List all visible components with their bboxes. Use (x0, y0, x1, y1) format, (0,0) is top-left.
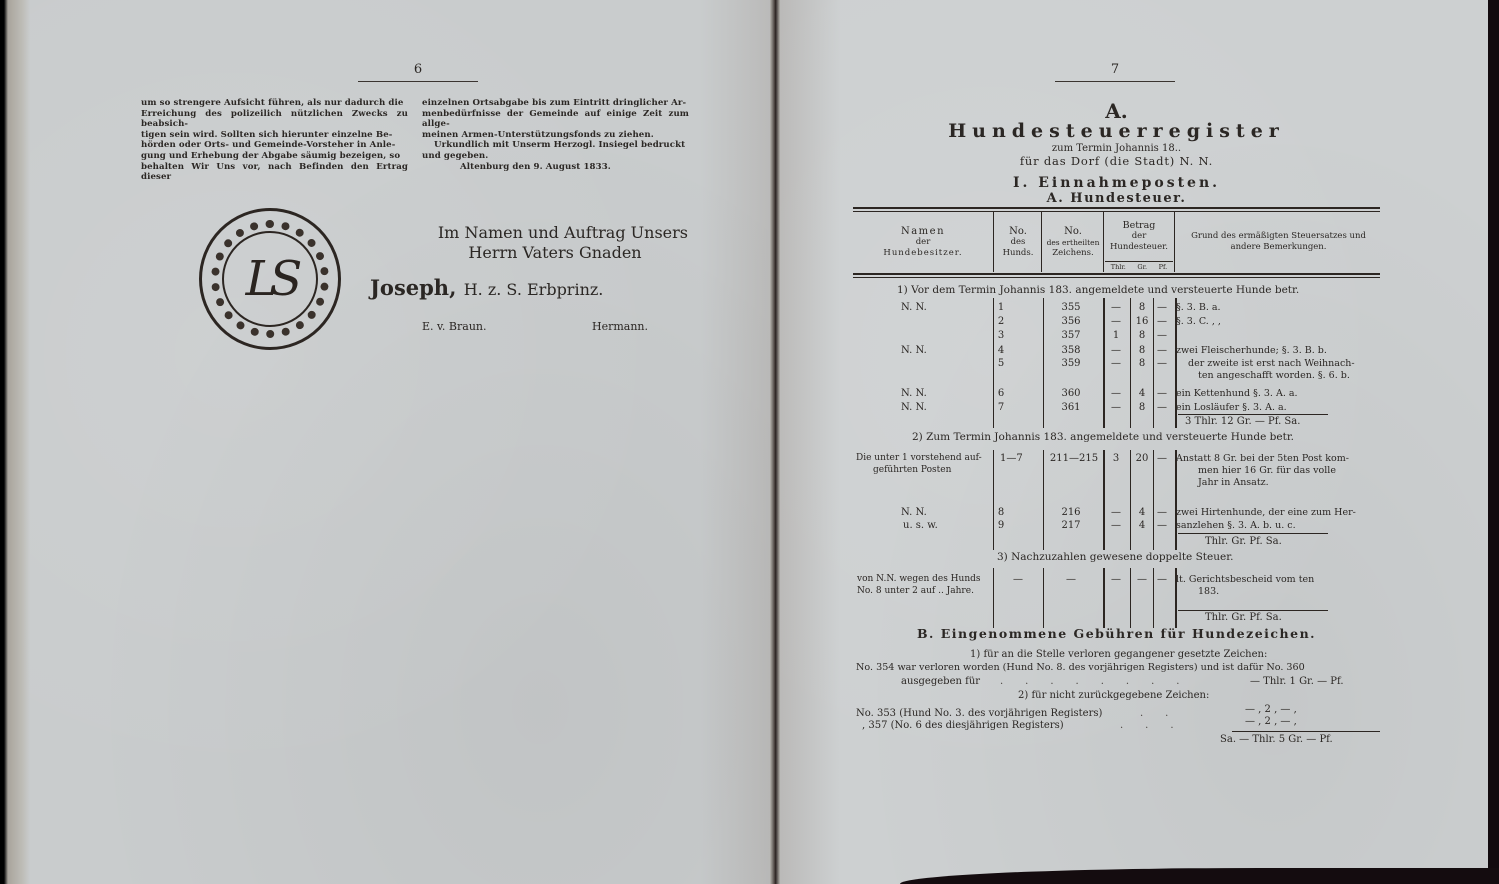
cell-tag-no: 356 (1051, 316, 1091, 327)
cell-tag-no: — (1051, 574, 1091, 585)
table-header-bottom-rule (853, 273, 1380, 278)
cell-gr: 8 (1132, 345, 1152, 356)
table-row: Die unter 1 vorstehend auf- 1—7 211—215 … (853, 453, 1380, 464)
cell-remark: sanzlehen §. 3. A. b. u. c. (1176, 520, 1296, 531)
signatory-title: H. z. S. Erbprinz. (464, 280, 604, 299)
table-row: ten angeschafft worden. §. 6. b. (853, 370, 1380, 381)
cell-owner: No. 8 unter 2 auf .. Jahre. (857, 586, 974, 597)
column-divider (1103, 212, 1104, 272)
header-text: der (1132, 231, 1147, 242)
countersign-1: E. v. Braun. (422, 320, 592, 333)
dot-leader: ........ (1000, 676, 1201, 688)
text-line: gung und Erhebung der Abgabe säumig beze… (141, 151, 408, 162)
cell-remark: Anstatt 8 Gr. bei der 5ten Post kom- (1176, 453, 1349, 464)
text-line: tigen sein wird. Sollten sich hierunter … (141, 130, 408, 141)
cell-owner: N. N. (901, 345, 927, 356)
total-rule (1232, 731, 1380, 732)
section-b-sub-2: 2) für nicht zurückgegebene Zeichen: (1018, 690, 1209, 702)
seal-monogram: LS (222, 231, 318, 327)
header-text: Hundesteuer. (1110, 242, 1168, 253)
group-3-total: Thlr. Gr. Pf. Sa. (1205, 612, 1282, 623)
table-row: geführten Posten men hier 16 Gr. für das… (853, 465, 1380, 476)
page-number-text: 7 (1055, 62, 1175, 77)
cell-thlr: — (1106, 574, 1126, 585)
cell-gr: 8 (1132, 358, 1152, 369)
header-text: der (916, 237, 931, 248)
cell-remark: men hier 16 Gr. für das volle (1198, 465, 1336, 476)
date-line: Altenburg den 9. August 1833. (422, 162, 689, 173)
page-number-rule (358, 81, 478, 82)
left-page: 6 um so strengere Aufsicht führen, als n… (0, 0, 772, 884)
subtotal-rule (1178, 610, 1328, 611)
cell-thlr: — (1106, 345, 1126, 356)
unit-pf: Pf. (1159, 262, 1168, 273)
book-gutter (770, 0, 780, 884)
group-2-heading: 2) Zum Termin Johannis 183. angemeldete … (912, 431, 1294, 443)
column-divider (1174, 212, 1175, 272)
header-tag-number: No. des ertheilten Zeichens. (1043, 212, 1103, 272)
cell-thlr: — (1106, 316, 1126, 327)
column-divider (1041, 212, 1042, 272)
cell-thlr: — (1106, 302, 1126, 313)
unit-thlr: Thlr. (1111, 262, 1126, 273)
gutter-shadow (780, 0, 840, 884)
section-b-line-2-amount: — Thlr. 1 Gr. — Pf. (1250, 676, 1344, 688)
dot-leader: .. (1140, 708, 1190, 720)
cell-dog-no: 2 (991, 316, 1011, 327)
text-column-1: um so strengere Aufsicht führen, als nur… (141, 98, 408, 183)
cell-dog-no: 1—7 (1000, 453, 1020, 464)
table-row: N. N. 7 361 — 8 — ein Losläufer §. 3. A.… (853, 402, 1380, 413)
header-text: des (1011, 237, 1026, 248)
countersign-2: Hermann. (592, 320, 648, 333)
cell-pf: — (1155, 574, 1169, 585)
cell-tag-no: 359 (1051, 358, 1091, 369)
authority-line-2: Herrn Vaters Gnaden (370, 243, 700, 263)
text-line: einzelnen Ortsabgabe bis zum Eintritt dr… (422, 98, 689, 109)
cell-pf: — (1155, 330, 1169, 341)
cell-remark: ein Losläufer §. 3. A. a. (1176, 402, 1287, 413)
cell-dog-no: 4 (991, 345, 1011, 356)
cell-pf: — (1155, 345, 1169, 356)
cell-gr: 8 (1132, 330, 1152, 341)
cell-gr: 20 (1132, 453, 1152, 464)
table-row: N. N. 6 360 — 4 — ein Kettenhund §. 3. A… (853, 388, 1380, 399)
header-text: des ertheilten (1047, 237, 1100, 248)
table-row: N. N. 8 216 — 4 — zwei Hirtenhunde, der … (853, 507, 1380, 518)
header-text: Namen (901, 226, 945, 237)
section-b-heading: B. Eingenommene Gebühren für Hundezeiche… (853, 626, 1380, 641)
page-number-left: 6 (358, 62, 478, 82)
page-number-text: 6 (358, 62, 478, 77)
text-column-2: einzelnen Ortsabgabe bis zum Eintritt dr… (422, 98, 689, 183)
signatory: Joseph, H. z. S. Erbprinz. (370, 275, 700, 300)
section-b-total: Sa. — Thlr. 5 Gr. — Pf. (1220, 734, 1333, 746)
cell-remark: zwei Fleischerhunde; §. 3. B. b. (1176, 345, 1327, 356)
gutter-shadow (700, 0, 770, 884)
text-line: meinen Armen-Unterstützungsfonds zu zieh… (422, 130, 689, 141)
cell-tag-no: 357 (1051, 330, 1091, 341)
group-1-heading: 1) Vor dem Termin Johannis 183. angemeld… (897, 284, 1299, 296)
cell-pf: — (1155, 358, 1169, 369)
cell-tag-no: 217 (1051, 520, 1091, 531)
section-b-line-4-amount: — , 2 , — , (1245, 716, 1297, 728)
text-line: Urkundlich mit Unserm Herzogl. Insiegel … (422, 140, 689, 151)
text-line: um so strengere Aufsicht führen, als nur… (141, 98, 408, 109)
register-subtitle-1: zum Termin Johannis 18.. (853, 143, 1380, 154)
table-header: Namen der Hundebesitzer. No. des Hunds. … (853, 212, 1380, 272)
header-dog-number: No. des Hunds. (995, 212, 1041, 272)
cell-pf: — (1155, 316, 1169, 327)
header-text: andere Bemerkungen. (1231, 242, 1327, 253)
table-row: Jahr in Ansatz. (853, 477, 1380, 488)
cell-gr: 4 (1132, 520, 1152, 531)
table-row: N. N. 1 355 — 8 — §. 3. B. a. (853, 302, 1380, 313)
seal-icon: LS (199, 208, 341, 350)
cell-dog-no: 9 (991, 520, 1011, 531)
text-line: Erreichung des polizeilich nützlichen Zw… (141, 109, 408, 130)
cell-tag-no: 361 (1051, 402, 1091, 413)
cell-gr: — (1132, 574, 1152, 585)
table-row: 3 357 1 8 — (853, 330, 1380, 341)
section-b-line-4: , 357 (No. 6 des diesjährigen Registers) (862, 720, 1064, 732)
cell-pf: — (1155, 388, 1169, 399)
cell-pf: — (1155, 402, 1169, 413)
cell-remark: ten angeschafft worden. §. 6. b. (1198, 370, 1350, 381)
authority-line-1: Im Namen und Auftrag Unsers (370, 223, 700, 243)
cell-owner: u. s. w. (903, 520, 938, 531)
cell-thlr: — (1106, 507, 1126, 518)
header-text: Grund des ermäßigten Steuersatzes und (1191, 231, 1366, 242)
cell-remark: der zweite ist erst nach Weihnach- (1188, 358, 1355, 369)
cell-tag-no: 360 (1051, 388, 1091, 399)
page-number-right: 7 (1055, 62, 1175, 82)
header-text: No. (1064, 226, 1082, 237)
section-heading-1: I. Einnahmeposten. (853, 175, 1380, 191)
group-2-total: Thlr. Gr. Pf. Sa. (1205, 536, 1282, 547)
cell-owner: von N.N. wegen des Hunds (857, 574, 981, 585)
table-row: N. N. 4 358 — 8 — zwei Fleischerhunde; §… (853, 345, 1380, 356)
header-text: No. (1009, 226, 1027, 237)
cell-owner: Die unter 1 vorstehend auf- (856, 453, 982, 464)
signature-block: Im Namen und Auftrag Unsers Herrn Vaters… (370, 223, 700, 333)
group-3-heading: 3) Nachzuzahlen gewesene doppelte Steuer… (997, 551, 1233, 563)
cell-dog-no: 8 (991, 507, 1011, 518)
cell-thlr: 1 (1106, 330, 1126, 341)
cell-remark: ein Kettenhund §. 3. A. a. (1176, 388, 1298, 399)
cell-pf: — (1155, 302, 1169, 313)
header-text: Hunds. (1003, 248, 1034, 259)
cell-remark: lt. Gerichtsbescheid vom ten (1176, 574, 1314, 585)
cell-thlr: — (1106, 520, 1126, 531)
cell-gr: 4 (1132, 507, 1152, 518)
table-row: u. s. w. 9 217 — 4 — sanzlehen §. 3. A. … (853, 520, 1380, 531)
section-heading-1a: A. Hundesteuer. (853, 191, 1380, 206)
column-divider (993, 212, 994, 272)
section-b-line-3-amount: — , 2 , — , (1245, 704, 1297, 716)
cell-pf: — (1155, 507, 1169, 518)
text-line: menbedürfnisse der Gemeinde auf einige Z… (422, 109, 689, 130)
section-b-sub-1: 1) für an die Stelle verloren gegangener… (970, 649, 1267, 661)
signatory-name: Joseph, (370, 275, 456, 300)
cell-remark: §. 3. C. , , (1176, 316, 1221, 327)
table-row: 2 356 — 16 — §. 3. C. , , (853, 316, 1380, 327)
header-amount-units: Thlr. Gr. Pf. (1105, 261, 1173, 273)
cell-owner: geführten Posten (873, 465, 951, 476)
cell-thlr: — (1106, 402, 1126, 413)
cell-dog-no: 1 (991, 302, 1011, 313)
header-text: Hundebesitzer. (883, 248, 962, 259)
header-text: Zeichens. (1052, 248, 1093, 259)
cell-remark: 183. (1198, 586, 1219, 597)
header-amount: Betrag der Hundesteuer. (1105, 212, 1173, 260)
header-remarks: Grund des ermäßigten Steuersatzes und an… (1177, 212, 1380, 272)
text-line: und gegeben. (422, 151, 689, 162)
section-b-line-3: No. 353 (Hund No. 3. des vorjährigen Reg… (856, 708, 1102, 720)
body-text-columns: um so strengere Aufsicht führen, als nur… (141, 98, 689, 183)
cell-pf: — (1155, 453, 1169, 464)
page-number-rule (1055, 81, 1175, 82)
countersignatures: E. v. Braun. Hermann. (370, 320, 700, 333)
cell-remark: §. 3. B. a. (1176, 302, 1221, 313)
cell-gr: 8 (1132, 402, 1152, 413)
cell-remark: Jahr in Ansatz. (1198, 477, 1269, 488)
cell-tag-no: 211—215 (1045, 453, 1103, 464)
unit-gr: Gr. (1137, 262, 1147, 273)
table-row: No. 8 unter 2 auf .. Jahre. 183. (853, 586, 1380, 597)
register-subtitle-2: für das Dorf (die Stadt) N. N. (853, 154, 1380, 168)
cell-dog-no: 3 (991, 330, 1011, 341)
section-b-line-2: ausgegeben für (901, 676, 980, 688)
cell-gr: 4 (1132, 388, 1152, 399)
cell-pf: — (1155, 520, 1169, 531)
dot-leader: ... (1120, 720, 1196, 732)
cell-thlr: — (1106, 388, 1126, 399)
cell-thlr: 3 (1106, 453, 1126, 464)
cell-owner: N. N. (901, 388, 927, 399)
cell-gr: 16 (1132, 316, 1152, 327)
cell-dog-no: 7 (991, 402, 1011, 413)
cell-owner: N. N. (901, 507, 927, 518)
cell-tag-no: 358 (1051, 345, 1091, 356)
text-line: hörden oder Orts- und Gemeinde-Vorsteher… (141, 140, 408, 151)
cell-tag-no: 355 (1051, 302, 1091, 313)
cell-dog-no: — (1008, 574, 1028, 585)
cell-thlr: — (1106, 358, 1126, 369)
cell-dog-no: 5 (991, 358, 1011, 369)
subtotal-rule (1178, 533, 1328, 534)
cell-remark: zwei Hirtenhunde, der eine zum Her- (1176, 507, 1356, 518)
cell-gr: 8 (1132, 302, 1152, 313)
subtotal-rule (1178, 414, 1328, 415)
cell-owner: N. N. (901, 302, 927, 313)
table-row: von N.N. wegen des Hunds — — — — — lt. G… (853, 574, 1380, 585)
group-1-total: 3 Thlr. 12 Gr. — Pf. Sa. (1185, 416, 1300, 427)
header-text: Betrag (1123, 220, 1156, 231)
cell-dog-no: 6 (991, 388, 1011, 399)
cell-tag-no: 216 (1051, 507, 1091, 518)
header-owner-name: Namen der Hundebesitzer. (853, 212, 993, 272)
section-b-line-1: No. 354 war verloren worden (Hund No. 8.… (856, 662, 1305, 674)
register-title: Hundesteuerregister (853, 120, 1380, 142)
table-row: 5 359 — 8 — der zweite ist erst nach Wei… (853, 358, 1380, 369)
text-line: behalten Wir Uns vor, nach Befinden den … (141, 162, 408, 183)
cell-owner: N. N. (901, 402, 927, 413)
